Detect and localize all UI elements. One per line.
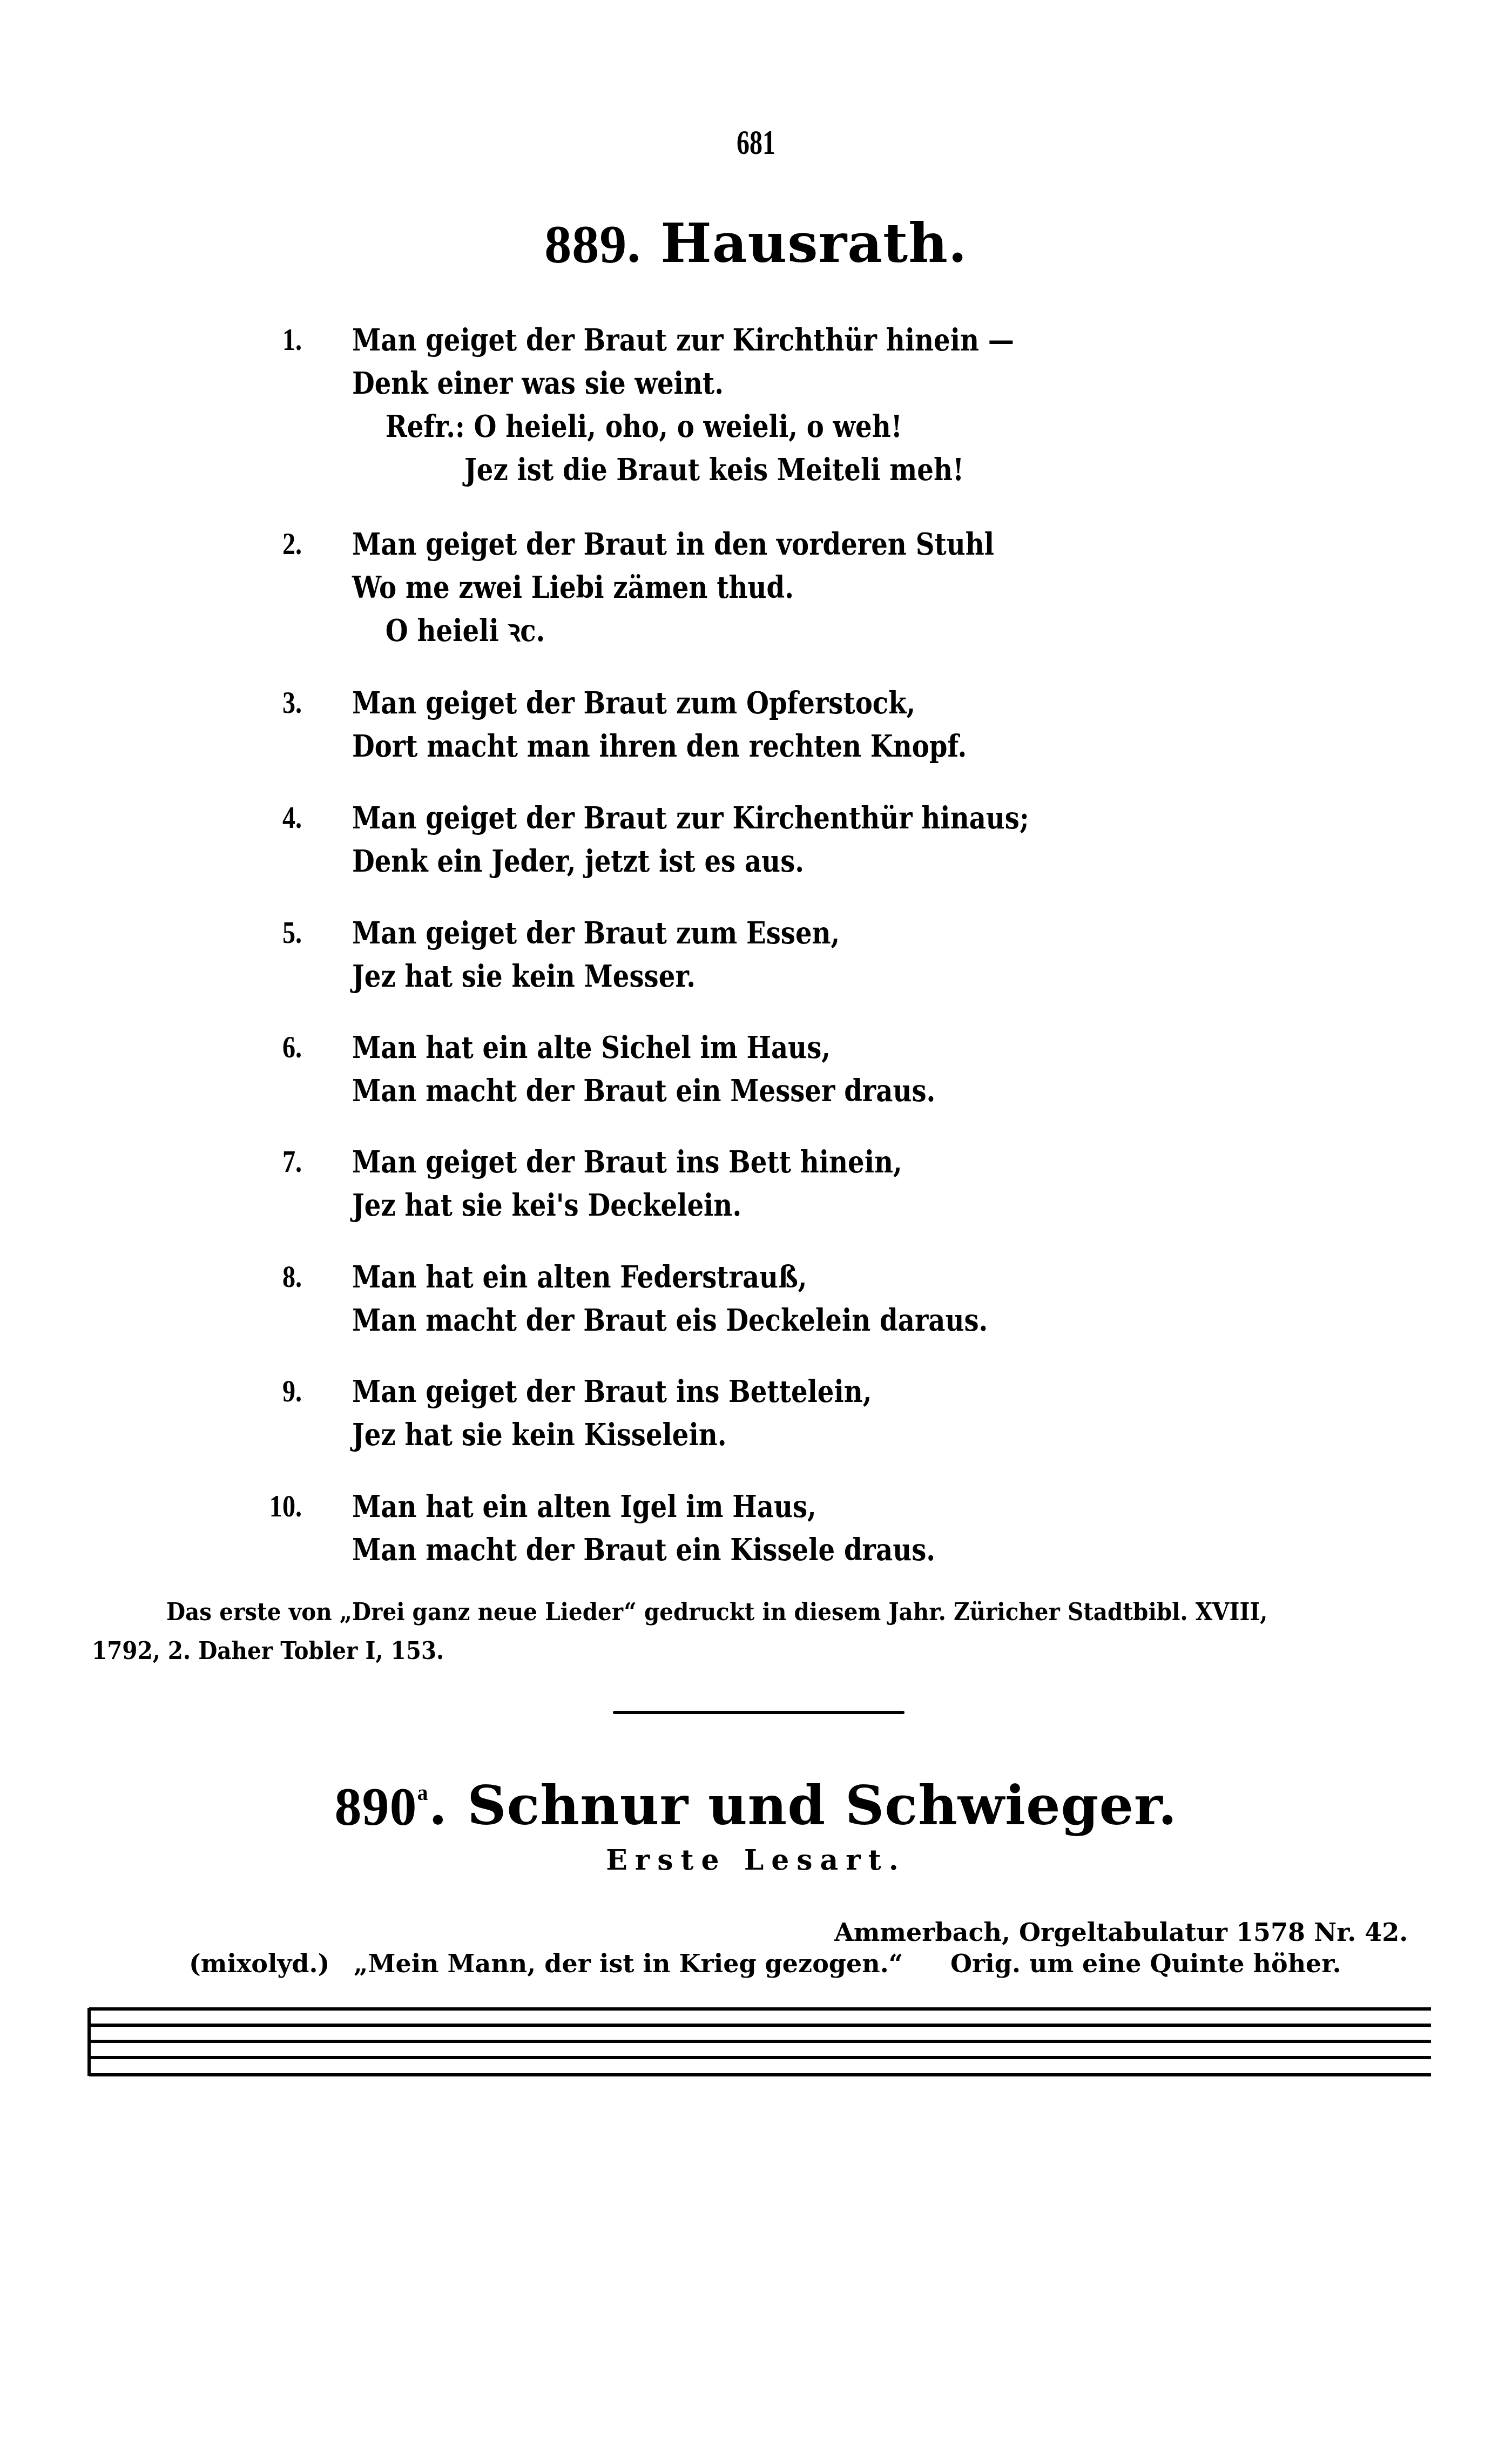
verse-line: Man macht der Braut eis Deckelein daraus… [352,1299,988,1342]
verse-line: Man macht der Braut ein Kissele draus. [352,1528,935,1572]
song-890a-subtitle: Erste Lesart. [0,1844,1512,1877]
footnote-line-1: Das erste von „Drei ganz neue Lieder“ ge… [92,1593,1319,1632]
section-separator [613,1711,905,1714]
mode-label: (mixolyd.) [189,1948,329,1979]
verse-line: Wo me zwei Liebi zämen thud. [352,566,794,609]
verse-line: Man geiget der Braut zum Opferstock, [352,682,915,725]
verse-number: 9. [218,1370,302,1413]
verse-line: Jez hat sie kei's Deckelein. [352,1184,741,1227]
song-889-title: 889. Hausrath. [0,213,1512,274]
song-890a-title-text: . Schnur und Schwieger. [429,1773,1178,1837]
verse-5: 5.Man geiget der Braut zum Essen, Jez ha… [0,912,1022,998]
transposition-note: Orig. um eine Quinte höher. [950,1948,1341,1979]
verse-number: 4. [218,797,302,840]
verse-number: 5. [218,912,302,955]
verse-line: Man hat ein alte Sichel im Haus, [352,1026,831,1069]
verse-line: Man geiget der Braut in den vorderen Stu… [352,523,994,566]
verse-line: Man hat ein alten Federstrauß, [352,1256,807,1299]
footnote-line-2: 1792, 2. Daher Tobler I, 153. [92,1632,1319,1671]
verse-7: 7.Man geiget der Braut ins Bett hinein, … [0,1141,1022,1227]
verse-number: 6. [218,1026,302,1069]
verse-number: 1. [218,319,302,362]
incipit: „Mein Mann, der ist in Krieg gezogen.“ [354,1948,903,1979]
verse-number: 7. [218,1141,302,1184]
verse-number: 8. [218,1256,302,1299]
verse-number: 3. [218,682,302,725]
verse-line: Man geiget der Braut ins Bett hinein, [352,1141,902,1184]
verse-4: 4.Man geiget der Braut zur Kirchenthür h… [0,797,1022,883]
song-890a-title: 890a. Schnur und Schwieger. [0,1763,1512,1836]
verse-line: Jez hat sie kein Messer. [352,955,696,998]
verse-line: Dort macht man ihren den rechten Knopf. [352,725,967,768]
verse-2: 2.Man geiget der Braut in den vorderen S… [0,523,1022,652]
song-890a-number-suffix: a [417,1781,429,1805]
music-source: Ammerbach, Orgeltabulatur 1578 Nr. 42. [834,1917,1408,1947]
verse-line: Man hat ein alten Igel im Haus, [352,1485,816,1528]
verse-1: 1.Man geiget der Braut zur Kirchthür hin… [0,319,1022,491]
verse-10: 10.Man hat ein alten Igel im Haus, Man m… [0,1485,1022,1572]
song-890a-number: 890 [335,1776,417,1836]
verse-line: Denk einer was sie weint. [352,362,724,405]
page-number: 681 [189,125,1323,160]
song-889-number: 889. [544,214,641,274]
song-889-title-text: Hausrath. [660,211,967,275]
verse-line: Man geiget der Braut ins Bettelein, [352,1370,872,1413]
verse-line: Man geiget der Braut zum Essen, [352,912,840,955]
verse-9: 9.Man geiget der Braut ins Bettelein, Je… [0,1370,1022,1456]
verse-line: Denk ein Jeder, jetzt ist es aus. [352,840,804,883]
refrain-line: Refr.: O heieli, oho, o weieli, o weh! [386,405,902,448]
verse-number: 2. [218,523,302,566]
footnote: Das erste von „Drei ganz neue Lieder“ ge… [92,1593,1319,1671]
refrain-line: Jez ist die Braut keis Meiteli meh! [464,448,964,491]
refrain-line: O heieli ꝛc. [386,609,545,652]
verse-3: 3.Man geiget der Braut zum Opferstock, D… [0,682,1022,768]
music-staff-1 [0,1987,1512,2128]
verse-line: Man geiget der Braut zur Kirchthür hinei… [352,319,1014,362]
verse-number: 10. [218,1485,302,1528]
verse-line: Man macht der Braut ein Messer draus. [352,1069,935,1112]
verse-line: Jez hat sie kein Kisselein. [352,1413,727,1456]
verse-6: 6.Man hat ein alte Sichel im Haus, Man m… [0,1026,1022,1112]
verse-8: 8.Man hat ein alten Federstrauß, Man mac… [0,1256,1022,1342]
verse-line: Man geiget der Braut zur Kirchenthür hin… [352,797,1029,840]
